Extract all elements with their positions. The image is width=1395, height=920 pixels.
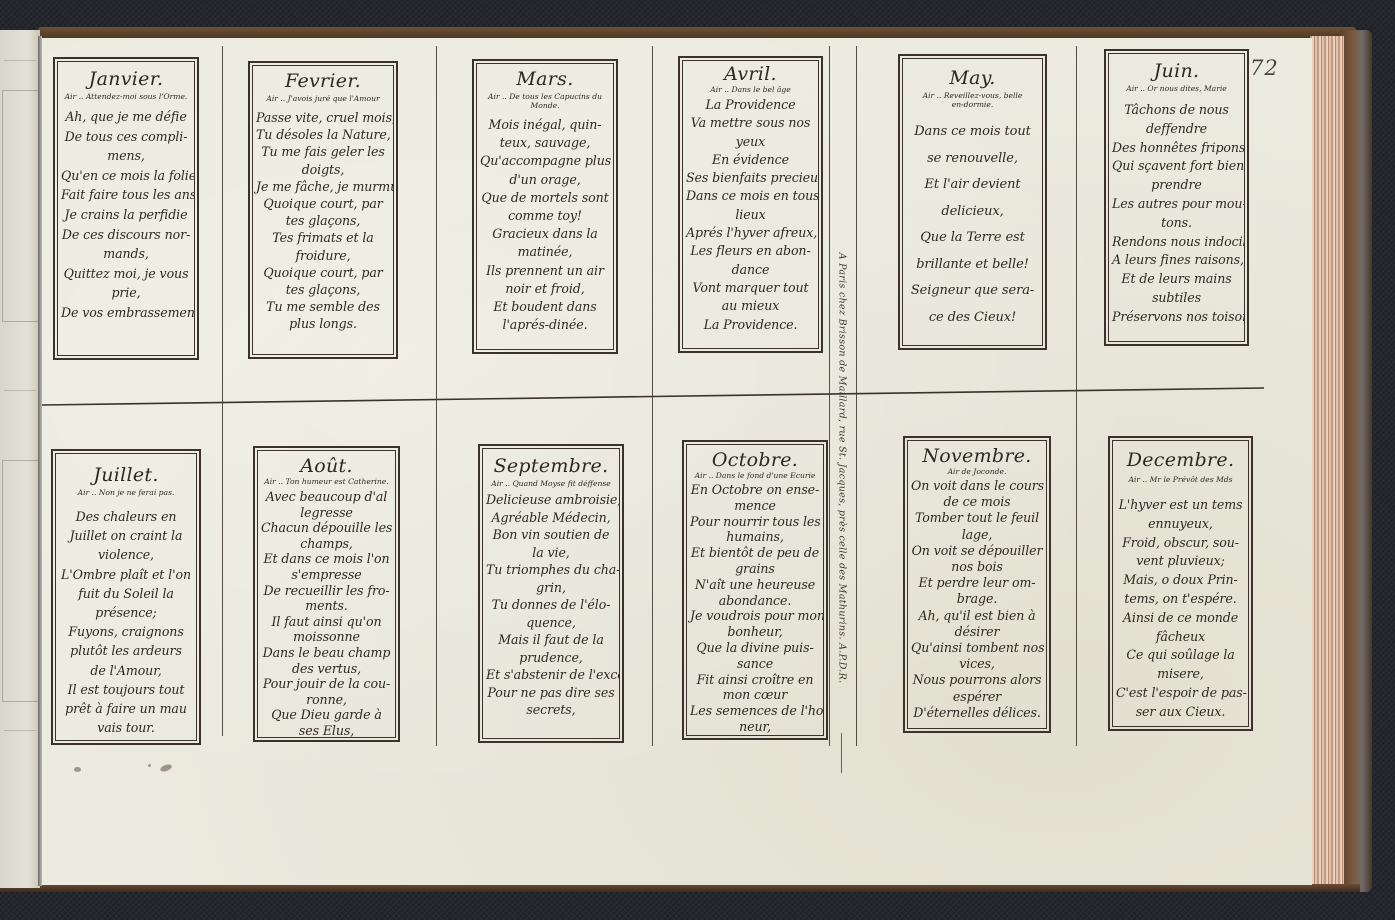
month-card-novembre: Novembre. Air de Joconde. On voit dans l… xyxy=(903,436,1051,733)
month-card-septembre: Septembre. Air .. Quand Moyse fit déffen… xyxy=(478,444,624,743)
air-tune: Air .. Or nous dites, Marie xyxy=(1112,84,1241,93)
ink-smudge xyxy=(74,767,81,772)
verse: Tâchons de nous deffendre Des honnêtes f… xyxy=(1112,101,1241,327)
verse: Delicieuse ambroisie, Agréable Médecin, … xyxy=(486,491,616,719)
verse: Mois inégal, quin- teux, sauvage, Qu'acc… xyxy=(480,116,610,334)
air-tune: Air .. Ton humeur est Catherine. xyxy=(261,477,392,486)
verse: Des chaleurs en Juillet on craint la vio… xyxy=(59,507,193,737)
month-card-janvier: Janvier. Air .. Attendez-moi sous l'Orme… xyxy=(53,57,199,360)
month-title: Avril. xyxy=(686,63,815,85)
verse: Avec beaucoup d'al legresse Chacun dépou… xyxy=(261,489,392,738)
air-tune: Air .. Mr le Prévôt des Mds xyxy=(1116,475,1245,484)
verse: L'hyver est un tems ennuyeux, Froid, obs… xyxy=(1116,496,1245,722)
facing-page-sliver xyxy=(0,30,40,888)
month-card-aout: Août. Air .. Ton humeur est Catherine. A… xyxy=(253,446,400,742)
air-tune: Air .. Quand Moyse fit déffense xyxy=(486,479,616,488)
air-tune: Air de Joconde. xyxy=(911,467,1043,476)
month-card-octobre: Octobre. Air .. Dans le fond d'une Ecuri… xyxy=(682,440,828,740)
month-title: Janvier. xyxy=(61,68,191,90)
air-tune: Air .. J'avois juré que l'Amour xyxy=(256,94,390,103)
month-title: Mars. xyxy=(480,68,610,90)
ink-smudge xyxy=(159,763,172,773)
publisher-imprint: A Paris chez Brisson de Maillard, rue St… xyxy=(832,188,852,748)
month-title: May. xyxy=(906,67,1039,89)
month-card-may: May. Air .. Reveillez-vous, belle en-dor… xyxy=(898,54,1047,350)
verse: La Providence Va mettre sous nos yeux En… xyxy=(686,96,815,334)
month-title: Juillet. xyxy=(59,464,193,486)
air-tune: Air .. Attendez-moi sous l'Orme. xyxy=(61,92,191,101)
month-title: Octobre. xyxy=(690,449,820,471)
month-card-decembre: Decembre. Air .. Mr le Prévôt des Mds L'… xyxy=(1108,436,1253,731)
verse: Ah, que je me défie De tous ces compli- … xyxy=(61,107,191,323)
book-cover-fore-edge xyxy=(1340,30,1372,892)
book-cover-bottom-edge xyxy=(0,884,1360,892)
air-tune: Air .. Reveillez-vous, belle en-dormie. xyxy=(906,91,1039,109)
verse: Dans ce mois tout se renouvelle, Et l'ai… xyxy=(906,119,1039,331)
air-tune: Air .. Non je ne ferai pas. xyxy=(59,488,193,497)
page-stack-edge xyxy=(1310,36,1344,886)
month-card-avril: Avril. Air .. Dans le bel âge La Provide… xyxy=(678,56,823,353)
month-card-juillet: Juillet. Air .. Non je ne ferai pas. Des… xyxy=(51,449,201,745)
month-title: Fevrier. xyxy=(256,70,390,92)
month-title: Septembre. xyxy=(486,455,616,477)
air-tune: Air .. De tous les Capucins du Monde. xyxy=(480,92,610,110)
verse: Passe vite, cruel mois, Tu désoles la Na… xyxy=(256,109,390,333)
month-title: Decembre. xyxy=(1116,449,1245,471)
ink-smudge xyxy=(148,764,151,767)
verse: En Octobre on ense- mence Pour nourrir t… xyxy=(690,482,820,735)
air-tune: Air .. Dans le bel âge xyxy=(686,85,815,94)
month-title: Juin. xyxy=(1112,60,1241,82)
month-card-juin: Juin. Air .. Or nous dites, Marie Tâchon… xyxy=(1104,49,1249,346)
month-card-mars: Mars. Air .. De tous les Capucins du Mon… xyxy=(472,59,618,354)
month-title: Novembre. xyxy=(911,445,1043,467)
engraved-calendar-page: 72 A Paris chez Brisson de Maillard, rue… xyxy=(42,38,1312,885)
month-title: Août. xyxy=(261,455,392,477)
verse: On voit dans le cours de ce mois Tomber … xyxy=(911,478,1043,721)
air-tune: Air .. Dans le fond d'une Ecurie xyxy=(690,471,820,480)
month-card-fevrier: Fevrier. Air .. J'avois juré que l'Amour… xyxy=(248,61,398,359)
